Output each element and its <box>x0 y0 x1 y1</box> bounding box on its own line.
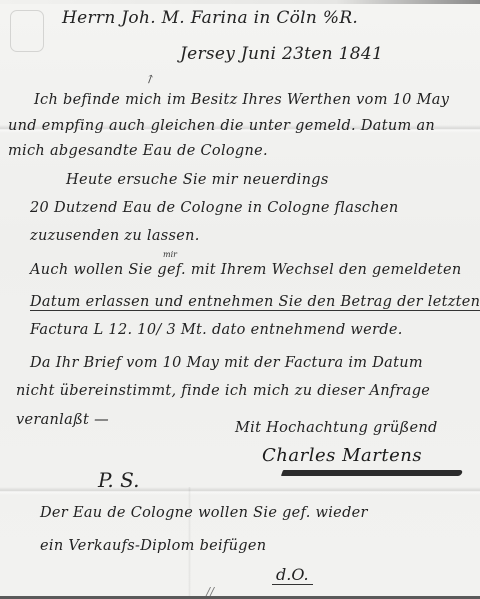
body-line: veranlaßt — <box>16 412 109 428</box>
letter-page: Herrn Joh. M. Farina in Cöln %R. Jersey … <box>0 0 480 599</box>
body-line: zuzusenden zu lassen. <box>30 228 200 244</box>
paper-stamp <box>10 10 44 52</box>
body-line: Factura L 12. 10/ 3 Mt. dato entnehmend … <box>30 322 403 338</box>
addressee-line: Herrn Joh. M. Farina in Cöln %R. <box>62 8 358 28</box>
postscript-line: Der Eau de Cologne wollen Sie gef. wiede… <box>40 505 368 521</box>
body-line: 20 Dutzend Eau de Cologne in Cologne fla… <box>30 200 399 216</box>
scan-edge-top <box>0 0 480 4</box>
postscript-initials: d.O. <box>272 565 313 585</box>
body-line: mich abgesandte Eau de Cologne. <box>8 143 268 159</box>
closing-line: Mit Hochachtung grüßend <box>235 420 438 436</box>
arrow-mark-icon: ↗ <box>143 71 158 88</box>
body-line: Auch wollen Sie gef. mit Ihrem Wechsel d… <box>30 262 461 278</box>
place-date-line: Jersey Juni 23ten 1841 <box>180 44 383 64</box>
body-line: Heute ersuche Sie mir neuerdings <box>66 172 329 188</box>
body-line: und empfing auch gleichen die unter geme… <box>8 118 435 134</box>
signature: Charles Martens <box>262 445 422 466</box>
paper-fold <box>0 487 480 495</box>
body-line: nicht übereinstimmt, finde ich mich zu d… <box>16 383 430 399</box>
body-line: Da Ihr Brief vom 10 May mit der Factura … <box>30 355 423 371</box>
postscript-line: ein Verkaufs-Diplom beifügen <box>40 538 266 554</box>
interlinear-insert: mir <box>163 250 177 259</box>
body-line: Ich befinde mich im Besitz Ihres Werthen… <box>34 92 449 108</box>
postscript-mark: P. S. <box>98 468 139 492</box>
body-line: Datum erlassen und entnehmen Sie den Bet… <box>30 294 480 311</box>
signature-flourish <box>281 470 463 476</box>
